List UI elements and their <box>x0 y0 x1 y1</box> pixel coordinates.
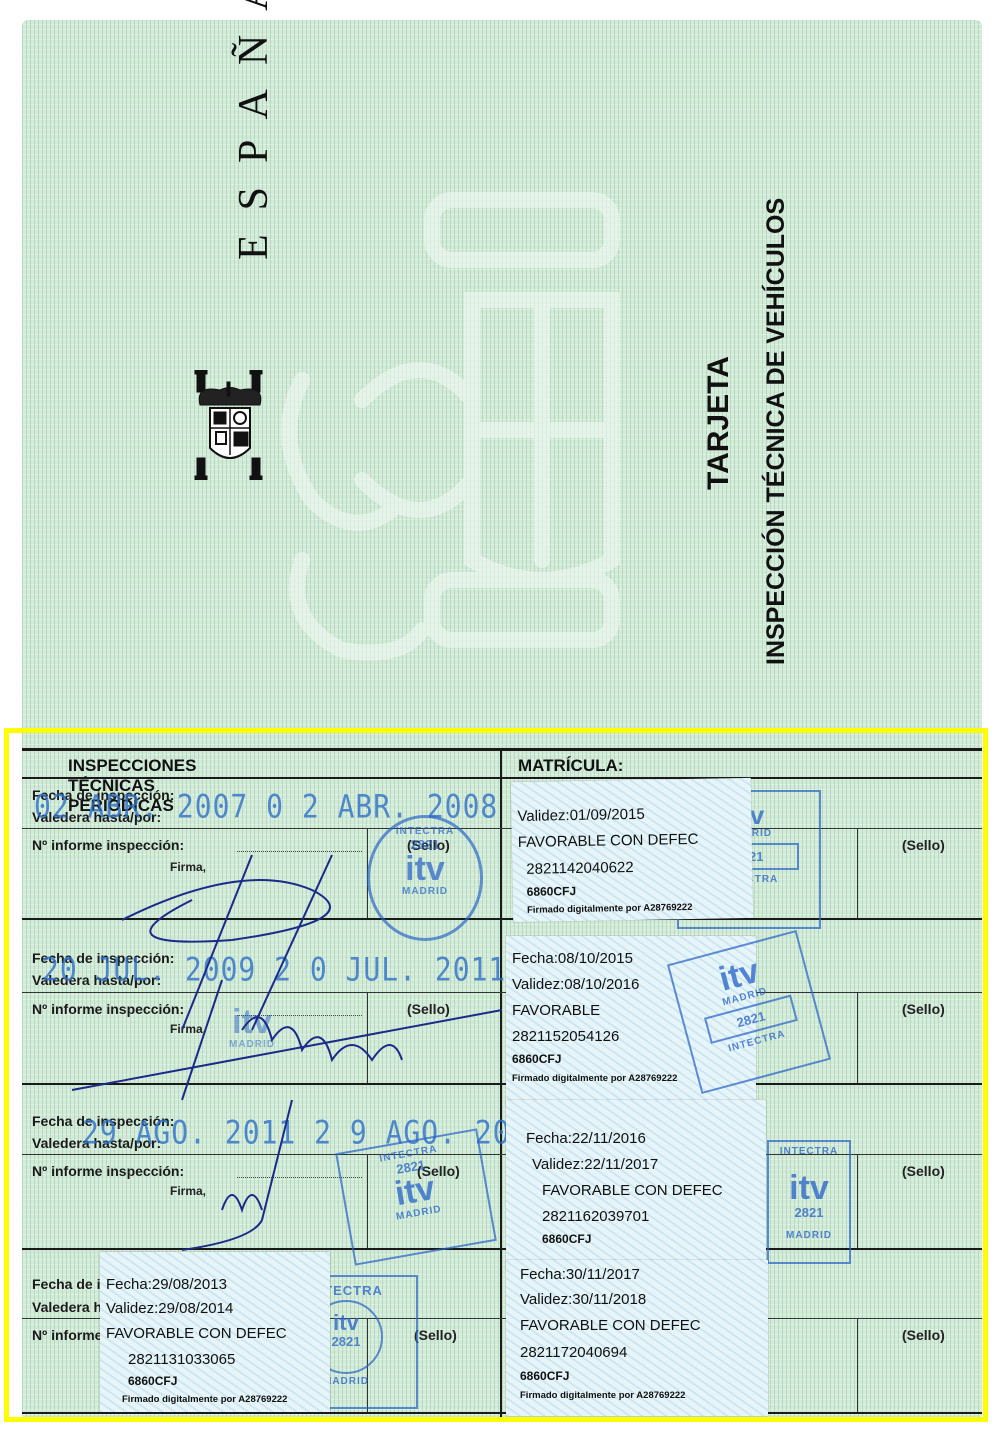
inspection-sticker: Fecha:22/11/2016 Validez:22/11/2017 FAVO… <box>506 1100 766 1270</box>
card-cover: ESPAÑA TARJETA INSPECCIÓN TÉCNICA DE VEH… <box>22 20 982 720</box>
country-title: ESPAÑA <box>230 0 278 260</box>
itv-square-stamp: INTECTRA 2821 itv MADRID <box>335 1128 497 1265</box>
itv-round-stamp: INTECTRA 2821 itv MADRID <box>367 815 483 941</box>
date-handstamp: 20 JUL. 2009 2 0 JUL. 2011 <box>42 951 506 989</box>
itv-card: ESPAÑA TARJETA INSPECCIÓN TÉCNICA DE VEH… <box>22 20 982 1420</box>
inspection-sticker: Validez:01/09/2015 FAVORABLE CON DEFEC 2… <box>511 778 753 922</box>
seal-label: (Sello) <box>414 1327 457 1343</box>
seal-label: (Sello) <box>902 1001 945 1017</box>
report-number-label: Nº informe inspección: <box>32 1163 184 1179</box>
seal-label: (Sello) <box>902 1163 945 1179</box>
itv-faded-stamp: itv MADRID <box>202 1005 302 1085</box>
seal-label: (Sello) <box>407 1001 450 1017</box>
signature-label: Firma, <box>170 860 206 874</box>
spain-coat-of-arms-icon <box>192 370 267 480</box>
inspection-sticker: Fecha:30/11/2017 Validez:30/11/2018 FAVO… <box>506 1260 768 1416</box>
signature-label: Firma, <box>170 1022 206 1036</box>
license-plate-header: MATRÍCULA: <box>518 756 623 776</box>
coat-of-arms-watermark <box>262 140 702 700</box>
report-number-label: Nº informe inspección: <box>32 837 184 853</box>
card-label: TARJETA <box>702 356 736 490</box>
signature-label: Firma, <box>170 1184 206 1198</box>
report-number-label: Nº informe inspección: <box>32 1001 184 1017</box>
card-title: INSPECCIÓN TÉCNICA DE VEHÍCULOS <box>762 198 791 665</box>
itv-square-stamp: INTECTRA itv 2821 MADRID <box>767 1140 851 1264</box>
seal-label: (Sello) <box>902 1327 945 1343</box>
seal-label: (Sello) <box>902 837 945 853</box>
inspection-sticker: Fecha:29/08/2013 Validez:29/08/2014 FAVO… <box>100 1252 330 1412</box>
